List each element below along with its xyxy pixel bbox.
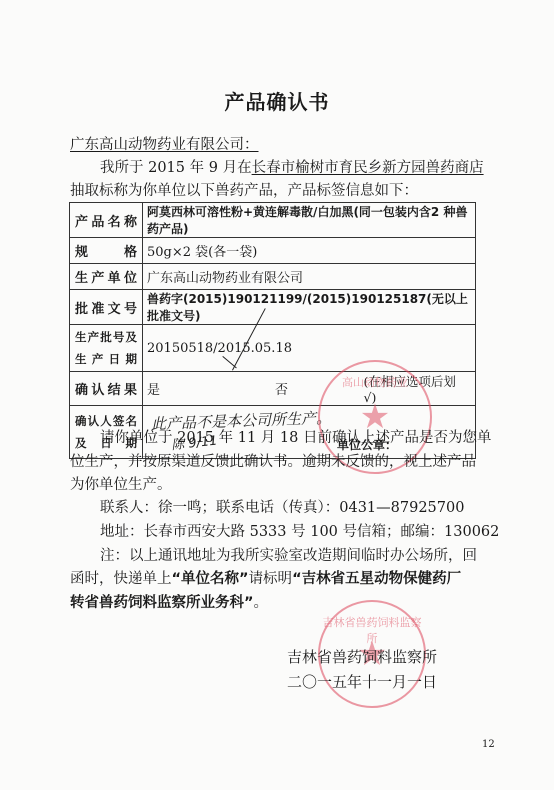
- request-line-1: 请你单位于 2015 年 11 月 18 日前确认上述产品是否为您单: [100, 426, 491, 447]
- intro-line-2: 抽取标称为你单位以下兽药产品，产品标签信息如下：: [70, 179, 418, 200]
- contact-info: 联系人：徐一鸣；联系电话（传真）：0431—87925700: [100, 496, 464, 517]
- label-batch-line1: 生产批号及: [75, 326, 137, 348]
- request-line-2: 位生产，并按原渠道反馈此确认书。逾期未反馈的，视上述产品: [70, 450, 476, 471]
- table-row-product-name: 产品名称 阿莫西林可溶性粉+黄连解毒散/白加黑(同一包装内含2 种兽药产品): [70, 203, 476, 238]
- label-approval-number: 批准文号: [70, 290, 143, 325]
- table-row-approval-number: 批准文号 兽药字(2015)190121199/(2015)190125187(…: [70, 290, 476, 325]
- issue-date: 二〇一五年十一月一日: [287, 671, 437, 692]
- sampling-location: 长春市榆树市育民乡新方园兽药商店: [252, 160, 484, 176]
- label-batch-line2: 生 产 日 期: [75, 348, 137, 370]
- table-row-manufacturer: 生产单位 广东高山动物药业有限公司: [70, 264, 476, 290]
- product-info-table: 产品名称 阿莫西林可溶性粉+黄连解毒散/白加黑(同一包装内含2 种兽药产品) 规…: [69, 202, 476, 459]
- issuer-name: 吉林省兽药饲料监察所: [287, 646, 437, 667]
- note-line-1: 注：以上通讯地址为我所实验室改造期间临时办公场所，回: [100, 544, 477, 565]
- document-title: 产品确认书: [0, 86, 554, 115]
- note-text: 函时，快递单上: [70, 571, 172, 587]
- label-confirm-result: 确认结果: [70, 372, 143, 406]
- note-line-3: 转省兽药饲料监察所业务科”。: [70, 591, 268, 612]
- note-end: 。: [254, 595, 269, 611]
- option-yes: 是: [147, 379, 275, 398]
- value-batch-date: 20150518/2015.05.18: [143, 325, 476, 372]
- confirm-hint: (在相应选项后划 √): [364, 372, 471, 405]
- value-product-name: 阿莫西林可溶性粉+黄连解毒散/白加黑(同一包装内含2 种兽药产品): [143, 203, 476, 238]
- value-spec: 50g×2 袋(各一袋): [143, 238, 476, 264]
- request-line-3: 为你单位生产。: [70, 473, 172, 494]
- note-unit-name: “单位名称”: [172, 571, 249, 587]
- table-row-confirm-result: 确认结果 是 否 (在相应选项后划 √): [70, 372, 476, 406]
- label-spec: 规 格: [70, 238, 143, 264]
- label-batch-date: 生产批号及 生 产 日 期: [70, 325, 143, 372]
- value-approval-number: 兽药字(2015)190121199/(2015)190125187(无以上批准…: [143, 290, 476, 325]
- intro-prefix: 我所于 2015 年 9 月在: [100, 160, 252, 176]
- issuer-seal-text: 吉林省兽药饲料监察所: [320, 614, 424, 646]
- note-text-mid: 请标明: [249, 571, 293, 587]
- note-recipient-part1: “吉林省五星动物保健药厂: [292, 571, 461, 587]
- table-row-spec: 规 格 50g×2 袋(各一袋): [70, 238, 476, 264]
- note-line-2: 函时，快递单上“单位名称”请标明“吉林省五星动物保健药厂: [70, 567, 461, 588]
- option-no: 否: [275, 379, 364, 398]
- recipient: 广东高山动物药业有限公司：: [70, 133, 259, 154]
- value-manufacturer: 广东高山动物药业有限公司: [143, 264, 476, 290]
- address-info: 地址：长春市西安大路 5333 号 100 号信箱；邮编：130062: [100, 520, 499, 541]
- label-product-name: 产品名称: [70, 203, 143, 238]
- page-number: 12: [482, 739, 495, 750]
- value-confirm-result: 是 否 (在相应选项后划 √): [143, 372, 476, 406]
- intro-line-1: 我所于 2015 年 9 月在长春市榆树市育民乡新方园兽药商店: [100, 156, 484, 177]
- label-manufacturer: 生产单位: [70, 264, 143, 290]
- table-row-batch-date: 生产批号及 生 产 日 期 20150518/2015.05.18: [70, 325, 476, 372]
- note-recipient-part2: 转省兽药饲料监察所业务科”: [70, 595, 254, 611]
